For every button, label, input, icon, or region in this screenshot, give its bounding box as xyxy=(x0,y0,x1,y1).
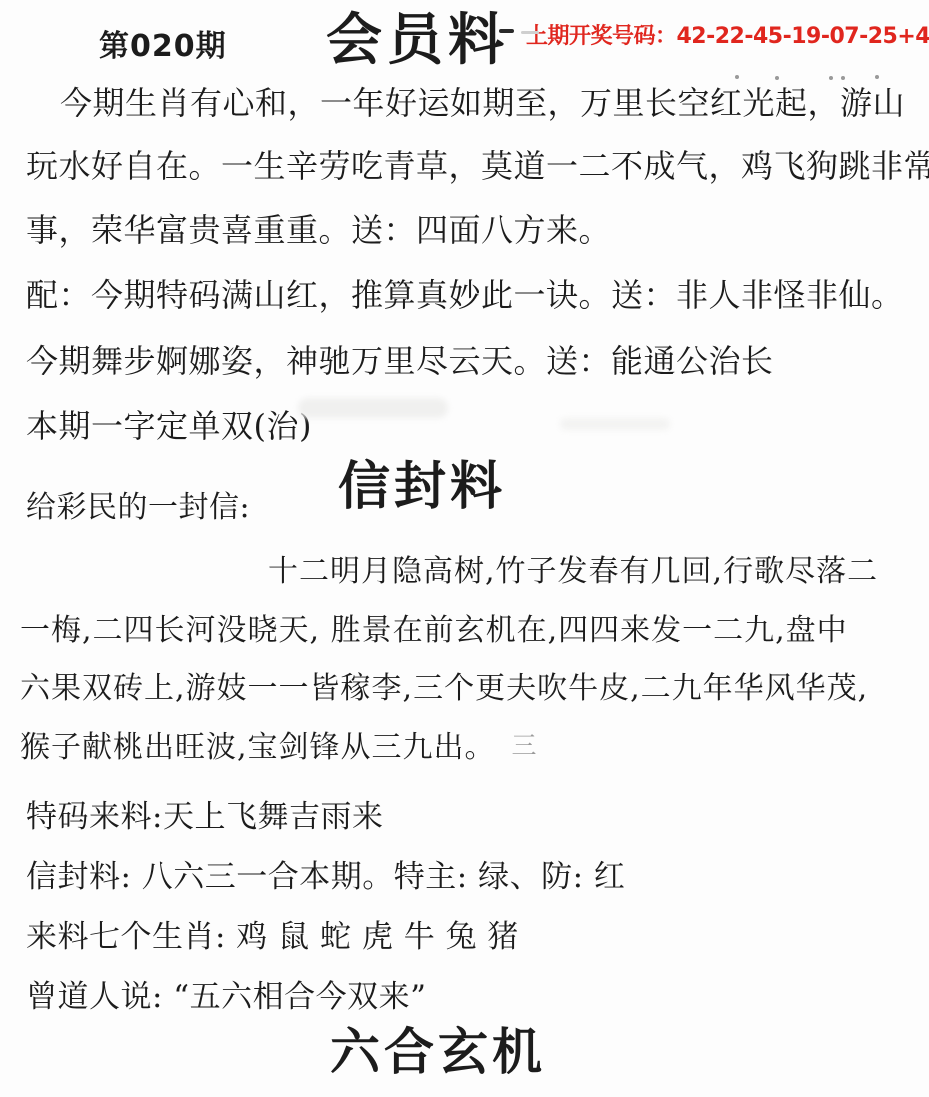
member-text-line-5: 今期舞步婀娜姿，神驰万里尽云天。送：能通公治长 xyxy=(26,336,774,382)
lottery-tip-sheet: 第020期 会员料 上期开奖号码：42-22-45-19-07-25+46 今期… xyxy=(0,0,929,1097)
quote-line: 曾道人说: “五六相合今双来” xyxy=(26,971,427,1016)
member-text-line-3: 事，荣华富贵喜重重。送：四面八方来。 xyxy=(26,205,611,251)
poem-line-4: 猴子献桃出旺波,宝剑锋从三九出。三 xyxy=(20,722,538,766)
member-text-line-2: 玩水好自在。一生辛劳吃青草，莫道一二不成气，鸡飞狗跳非常 xyxy=(26,141,929,187)
letter-intro-label: 给彩民的一封信: xyxy=(26,482,250,526)
special-code-line: 特码来料:天上飞舞吉雨来 xyxy=(26,791,383,836)
scan-smudge xyxy=(298,398,448,418)
scan-smudge xyxy=(560,418,670,430)
poem-line-1: 十二明月隐高树,竹子发春有几回,行歌尽落二 xyxy=(268,546,878,590)
poem-line-4-text: 猴子献桃出旺波,宝剑锋从三九出。 xyxy=(20,730,496,765)
issue-number: 第020期 xyxy=(99,21,227,65)
page-title: 会员料 xyxy=(326,0,509,76)
member-text-line-1: 今期生肖有心和，一年好运如期至，万里长空红光起，游山 xyxy=(60,78,905,124)
poem-line-3: 六果双砖上,游妓一一皆稼李,三个更夫吹牛皮,二九年华风华茂, xyxy=(20,663,868,707)
poem-faint-character: 三 xyxy=(512,731,538,760)
zodiac-line: 来料七个生肖: 鸡 鼠 蛇 虎 牛 兔 猪 xyxy=(26,911,519,956)
member-text-line-4: 配：今期特码满山红，推算真妙此一诀。送：非人非怪非仙。 xyxy=(26,270,904,316)
envelope-section-title: 信封料 xyxy=(338,444,506,519)
envelope-numbers-line: 信封料: 八六三一合本期。特主: 绿、防: 红 xyxy=(26,851,625,896)
footer-section-title: 六合玄机 xyxy=(330,1012,546,1084)
member-text-line-6: 本期一字定单双(治) xyxy=(26,401,312,447)
last-draw-numbers: 上期开奖号码：42-22-45-19-07-25+46 xyxy=(526,19,929,50)
poem-line-2: 一梅,二四长河没晓天, 胜景在前玄机在,四四来发一二九,盘中 xyxy=(20,605,848,649)
